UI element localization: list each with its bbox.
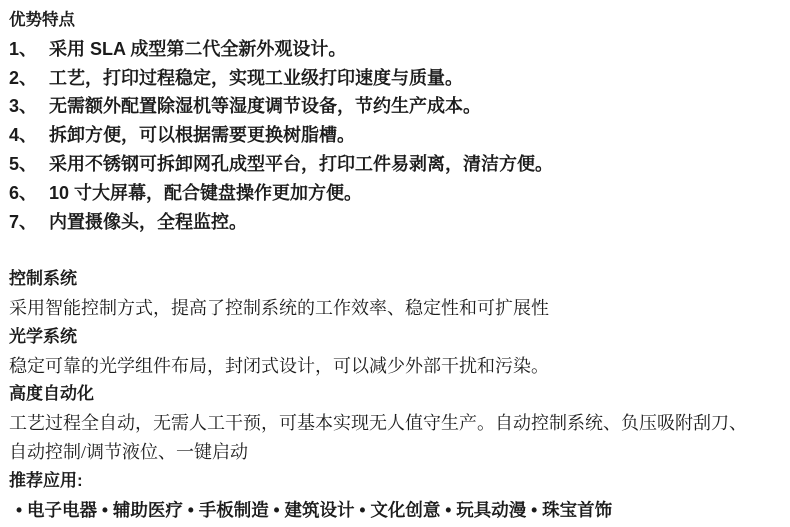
feature-number: 5、 [9,150,49,179]
section-body-line: 工艺过程全自动，无需人工干预，可基本实现无人值守生产。自动控制系统、负压吸附刮刀… [9,409,784,438]
blank-line [9,236,784,265]
section-heading: 高度自动化 [9,380,784,409]
feature-number: 6、 [9,179,49,208]
feature-number: 7、 [9,208,49,237]
feature-item-1: 1、 采用 SLA 成型第二代全新外观设计。 [9,35,784,64]
document-page: 优势特点 1、 采用 SLA 成型第二代全新外观设计。 2、 工艺，打印过程稳定… [0,0,790,527]
feature-text: 10 寸大屏幕，配合键盘操作更加方便。 [49,179,784,208]
section-heading: 光学系统 [9,323,784,352]
feature-text: 采用 SLA 成型第二代全新外观设计。 [49,35,784,64]
section-body-line: 自动控制/调节液位、一键启动 [9,438,784,467]
feature-number: 4、 [9,121,49,150]
feature-text: 无需额外配置除湿机等湿度调节设备，节约生产成本。 [49,92,784,121]
feature-item-6: 6、 10 寸大屏幕，配合键盘操作更加方便。 [9,179,784,208]
advantages-title: 优势特点 [9,6,784,35]
feature-item-3: 3、 无需额外配置除湿机等湿度调节设备，节约生产成本。 [9,92,784,121]
feature-text: 内置摄像头，全程监控。 [49,208,784,237]
section-optical-system: 光学系统 稳定可靠的光学组件布局，封闭式设计，可以减少外部干扰和污染。 [9,323,784,381]
feature-number: 2、 [9,64,49,93]
feature-text: 采用不锈钢可拆卸网孔成型平台，打印工件易剥离，清洁方便。 [49,150,784,179]
feature-item-7: 7、 内置摄像头，全程监控。 [9,208,784,237]
feature-item-4: 4、 拆卸方便，可以根据需要更换树脂槽。 [9,121,784,150]
section-control-system: 控制系统 采用智能控制方式，提高了控制系统的工作效率、稳定性和可扩展性 [9,265,784,323]
feature-number: 3、 [9,92,49,121]
feature-text: 工艺，打印过程稳定，实现工业级打印速度与质量。 [49,64,784,93]
section-heading: 控制系统 [9,265,784,294]
section-body-line: 稳定可靠的光学组件布局，封闭式设计，可以减少外部干扰和污染。 [9,352,784,381]
feature-text: 拆卸方便，可以根据需要更换树脂槽。 [49,121,784,150]
feature-number: 1、 [9,35,49,64]
section-high-automation: 高度自动化 工艺过程全自动，无需人工干预，可基本实现无人值守生产。自动控制系统、… [9,380,784,466]
section-body-line: 采用智能控制方式，提高了控制系统的工作效率、稳定性和可扩展性 [9,294,784,323]
advantages-list: 1、 采用 SLA 成型第二代全新外观设计。 2、 工艺，打印过程稳定，实现工业… [9,35,784,237]
feature-item-2: 2、 工艺，打印过程稳定，实现工业级打印速度与质量。 [9,64,784,93]
applications-list-line: • 电子电器 • 辅助医疗 • 手板制造 • 建筑设计 • 文化创意 • 玩具动… [9,496,784,525]
applications-heading: 推荐应用: [9,467,784,496]
feature-item-5: 5、 采用不锈钢可拆卸网孔成型平台，打印工件易剥离，清洁方便。 [9,150,784,179]
